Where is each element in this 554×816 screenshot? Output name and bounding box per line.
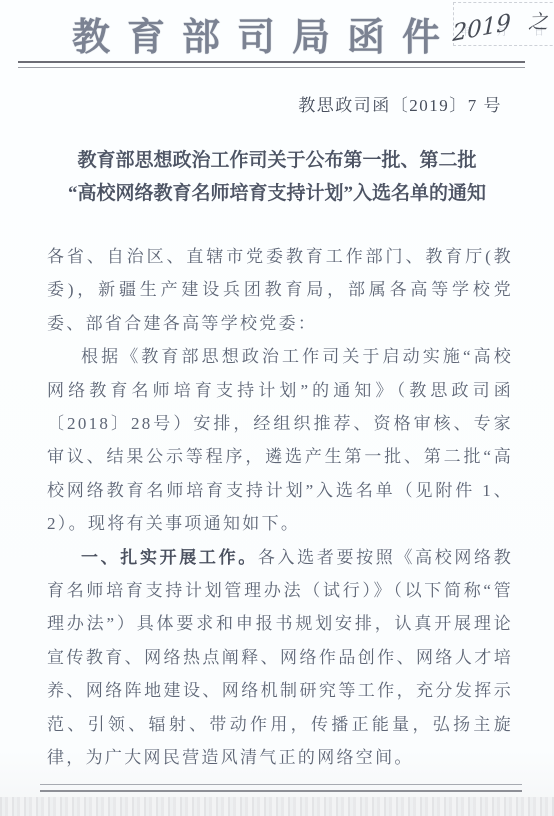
recipients-paragraph: 各省、自治区、直辖市党委教育工作部门、教育厅(教委)，新疆生产建设兵团教育局，部… (47, 240, 513, 340)
document-body: 各省、自治区、直辖市党委教育工作部门、教育厅(教委)，新疆生产建设兵团教育局，部… (47, 240, 513, 775)
document-title-line1: 教育部思想政治工作司关于公布第一批、第二批 (22, 144, 532, 177)
paragraph-basis: 根据《教育部思想政治工作司关于启动实施“高校网络教育名师培育支持计划”的通知》（… (47, 340, 513, 540)
paragraph-item1: 一、扎实开展工作。各入选者要按照《高校网络教育名师培育支持计划管理办法（试行）》… (47, 541, 513, 775)
paragraph-item1-heading: 一、扎实开展工作。 (81, 548, 258, 567)
document-number: 教思政司函〔2019〕7 号 (298, 91, 502, 116)
document-type-header: 教育部司局函件 (72, 6, 457, 61)
scan-edge-band (0, 797, 554, 816)
paragraph-item1-text: 各入选者要按照《高校网络教育名师培育支持计划管理办法（试行）》（以下简称“管理办… (47, 548, 513, 767)
document-title-line2: “高校网络教育名师培育支持计划”入选名单的通知 (22, 177, 532, 210)
document-title: 教育部思想政治工作司关于公布第一批、第二批 “高校网络教育名师培育支持计划”入选… (22, 144, 532, 210)
document-page: 教育部司局函件 年 月 日 2019 之 26 教思政司函〔2019〕7 号 教… (0, 0, 554, 816)
header-divider (18, 61, 525, 68)
handwritten-char: 之 (527, 5, 548, 34)
bottom-divider (40, 784, 522, 792)
